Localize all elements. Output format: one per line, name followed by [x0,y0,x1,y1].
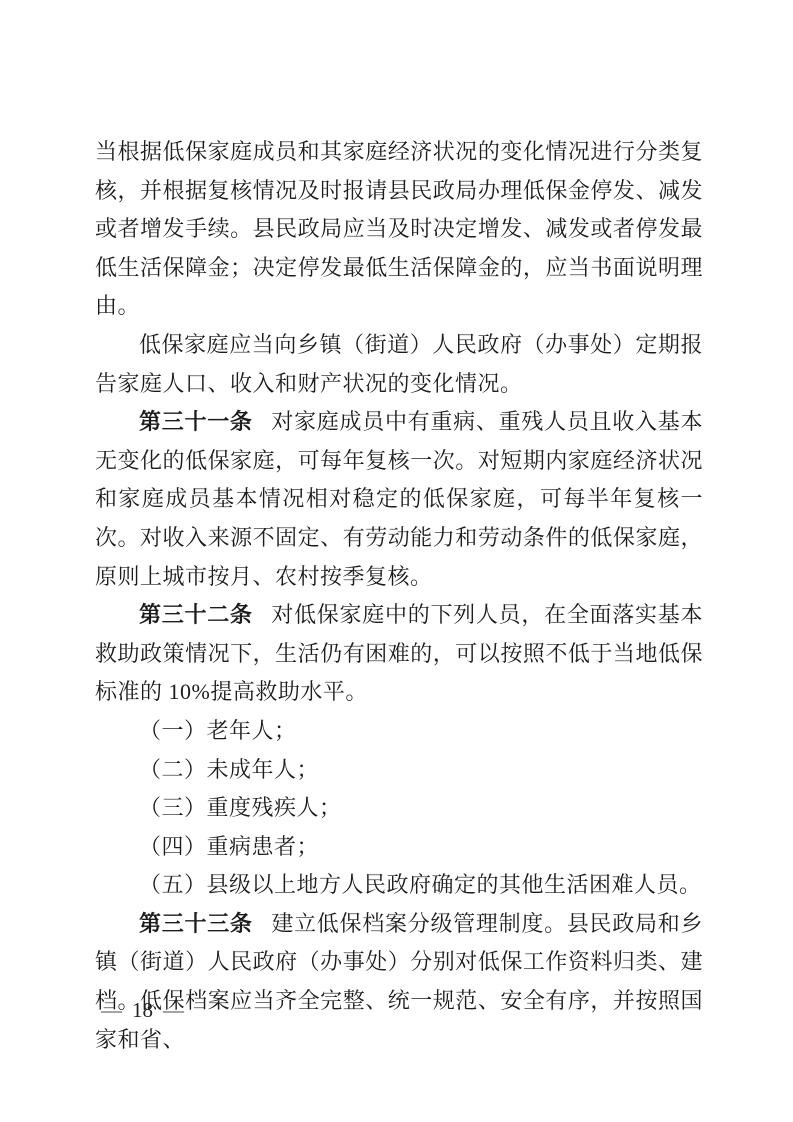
paragraph-text: 对家庭成员中有重病、重残人员且收入基本无变化的低保家庭，可每年复核一次。对短期内… [95,409,703,588]
article-paragraph: 第三十三条建立低保档案分级管理制度。县民政局和乡镇（街道）人民政府（办事处）分别… [95,905,703,1059]
article-paragraph: 第三十二条对低保家庭中的下列人员，在全面落实基本救助政策情况下，生活仍有困难的，… [95,596,703,712]
paragraph-text: 当根据低保家庭成员和其家庭经济状况的变化情况进行分类复核，并根据复核情况及时报请… [95,139,703,318]
article-paragraph: 第三十一条对家庭成员中有重病、重残人员且收入基本无变化的低保家庭，可每年复核一次… [95,403,703,596]
article-number: 第三十二条 [139,602,253,627]
list-item-paragraph: （四）重病患者； [95,828,703,867]
paragraph-text: 低保家庭应当向乡镇（街道）人民政府（办事处）定期报告家庭人口、收入和财产状况的变… [95,332,703,396]
paragraph-text: （四）重病患者； [139,834,319,859]
article-number: 第三十一条 [139,409,253,434]
paragraph-text: （三）重度残疾人； [139,795,342,820]
footer-dash-right: — [163,998,184,1023]
article-number: 第三十三条 [139,911,253,936]
paragraph-text: （五）县级以上地方人民政府确定的其他生活困难人员。 [139,872,702,897]
paragraph-text: （一）老年人； [139,718,297,743]
continuation-paragraph: 当根据低保家庭成员和其家庭经济状况的变化情况进行分类复核，并根据复核情况及时报请… [95,133,703,326]
document-page: 当根据低保家庭成员和其家庭经济状况的变化情况进行分类复核，并根据复核情况及时报请… [0,0,793,1122]
page-footer: — 18 — [101,998,184,1023]
paragraph-text: （二）未成年人； [139,757,319,782]
body-paragraph: 低保家庭应当向乡镇（街道）人民政府（办事处）定期报告家庭人口、收入和财产状况的变… [95,326,703,403]
list-item-paragraph: （三）重度残疾人； [95,789,703,828]
list-item-paragraph: （五）县级以上地方人民政府确定的其他生活困难人员。 [95,866,703,905]
page-number: 18 [132,998,153,1023]
footer-dash-left: — [101,998,122,1023]
list-item-paragraph: （二）未成年人； [95,751,703,790]
list-item-paragraph: （一）老年人； [95,712,703,751]
document-body: 当根据低保家庭成员和其家庭经济状况的变化情况进行分类复核，并根据复核情况及时报请… [95,133,703,1059]
